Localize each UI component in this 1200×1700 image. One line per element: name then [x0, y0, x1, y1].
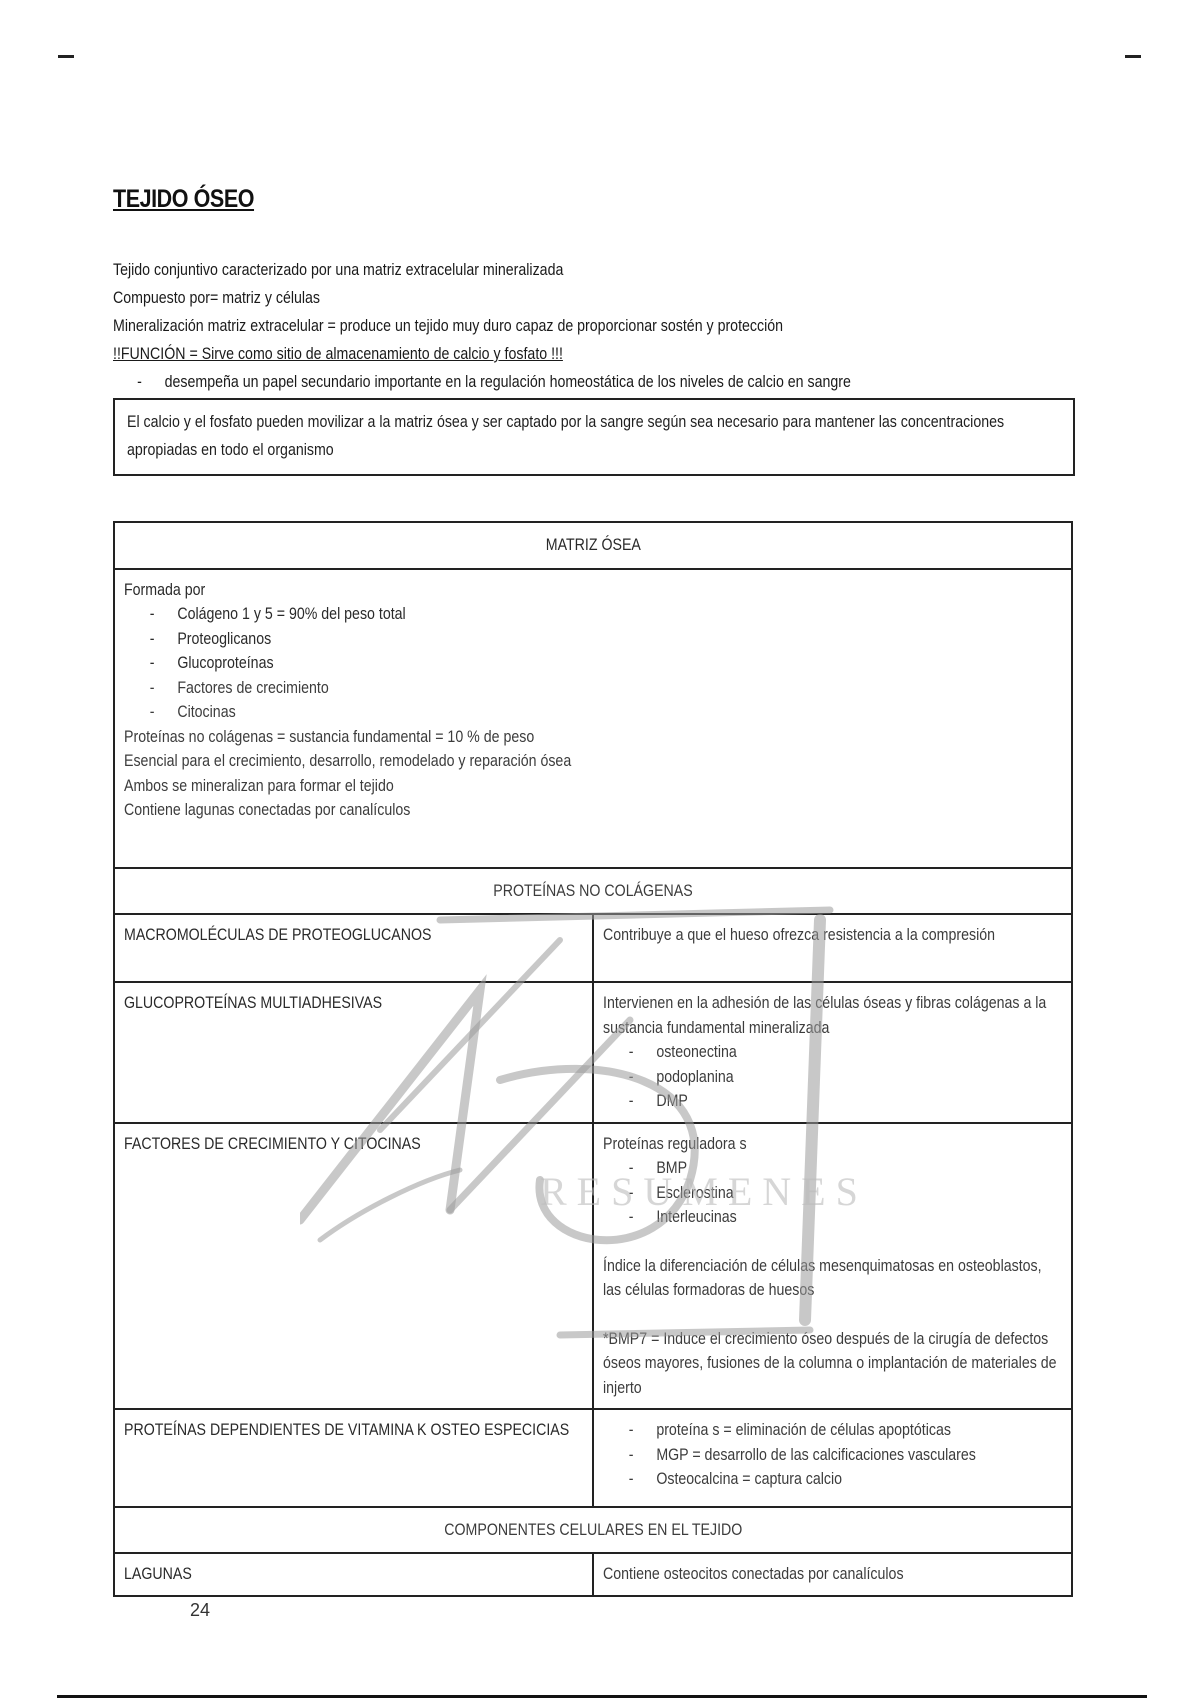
matriz-header: MATRIZ ÓSEA [114, 522, 1072, 569]
row-content: -proteína s = eliminación de células apo… [593, 1409, 1072, 1507]
crop-mark-left [58, 55, 74, 58]
row-text: Proteínas reguladora s [603, 1132, 1061, 1157]
table-row: LAGUNAS Contiene osteocitos conectadas p… [114, 1553, 1072, 1596]
row-content: Contiene osteocitos conectadas por canal… [593, 1553, 1072, 1596]
list-item: -MGP = desarrollo de las calcificaciones… [629, 1443, 1061, 1468]
list-item: -osteonectina [629, 1040, 1061, 1065]
row-label: FACTORES DE CRECIMIENTO Y CITOCINAS [114, 1123, 593, 1410]
row-items: -BMP -Esclerostina -Interleucinas [603, 1156, 1061, 1230]
matriz-intro: Formada por [124, 578, 1060, 603]
page-number: 24 [190, 1600, 210, 1621]
row-content: Intervienen en la adhesión de las célula… [593, 982, 1072, 1123]
bullet-dash: - [137, 368, 165, 396]
row-label: PROTEÍNAS DEPENDIENTES DE VITAMINA K OST… [114, 1409, 593, 1507]
callout-text: El calcio y el fosfato pueden movilizar … [127, 408, 1059, 464]
row-label: LAGUNAS [114, 1553, 593, 1596]
callout-box: El calcio y el fosfato pueden movilizar … [113, 398, 1075, 476]
row-text: Intervienen en la adhesión de las célula… [603, 991, 1061, 1040]
list-item: -Factores de crecimiento [150, 676, 1060, 701]
intro-line: Tejido conjuntivo caracterizado por una … [113, 256, 939, 284]
matriz-line: Ambos se mineralizan para formar el teji… [124, 774, 1060, 799]
row-content: Proteínas reguladora s -BMP -Esclerostin… [593, 1123, 1072, 1410]
list-item: -proteína s = eliminación de células apo… [629, 1418, 1061, 1443]
matriz-items: -Colágeno 1 y 5 = 90% del peso total -Pr… [124, 602, 1060, 725]
list-item: -Glucoproteínas [150, 651, 1060, 676]
table-row: GLUCOPROTEÍNAS MULTIADHESIVAS Interviene… [114, 982, 1072, 1123]
document-page: TEJIDO ÓSEO Tejido conjuntivo caracteriz… [113, 185, 1073, 1597]
row-note: *BMP7 = Induce el crecimiento óseo despu… [603, 1327, 1061, 1401]
matriz-line: Proteínas no colágenas = sustancia funda… [124, 725, 1060, 750]
matriz-header-text: MATRIZ ÓSEA [545, 533, 640, 558]
matriz-content: Formada por -Colágeno 1 y 5 = 90% del pe… [114, 569, 1072, 868]
matriz-line: Contiene lagunas conectadas por canalícu… [124, 798, 1060, 823]
list-item: -Osteocalcina = captura calcio [629, 1467, 1061, 1492]
list-item: -DMP [629, 1089, 1061, 1114]
proteinas-header-text: PROTEÍNAS NO COLÁGENAS [493, 879, 692, 904]
row-content: Contribuye a que el hueso ofrezca resist… [593, 914, 1072, 982]
proteinas-header: PROTEÍNAS NO COLÁGENAS [114, 868, 1072, 915]
table-row: FACTORES DE CRECIMIENTO Y CITOCINAS Prot… [114, 1123, 1072, 1410]
matriz-line: Esencial para el crecimiento, desarrollo… [124, 749, 1060, 774]
list-item: -podoplanina [629, 1065, 1061, 1090]
row-items: -proteína s = eliminación de células apo… [603, 1418, 1061, 1492]
list-item: -Citocinas [150, 700, 1060, 725]
list-item: -Proteoglicanos [150, 627, 1060, 652]
matriz-osea-table: MATRIZ ÓSEA Formada por -Colágeno 1 y 5 … [113, 521, 1073, 1597]
row-label: GLUCOPROTEÍNAS MULTIADHESIVAS [114, 982, 593, 1123]
page-title: TEJIDO ÓSEO [113, 185, 939, 214]
intro-line: Mineralización matriz extracelular = pro… [113, 312, 939, 340]
row-note: Índice la diferenciación de células mese… [603, 1254, 1061, 1303]
list-item: -Interleucinas [629, 1205, 1061, 1230]
table-row: MACROMOLÉCULAS DE PROTEOGLUCANOS Contrib… [114, 914, 1072, 982]
crop-mark-right [1125, 55, 1141, 58]
celulares-header-text: COMPONENTES CELULARES EN EL TEJIDO [444, 1518, 742, 1543]
celulares-header: COMPONENTES CELULARES EN EL TEJIDO [114, 1507, 1072, 1554]
bottom-rule [57, 1695, 1147, 1698]
function-line: !!FUNCIÓN = Sirve como sitio de almacena… [113, 340, 939, 368]
list-item: -BMP [629, 1156, 1061, 1181]
row-items: -osteonectina -podoplanina -DMP [603, 1040, 1061, 1114]
row-label: MACROMOLÉCULAS DE PROTEOGLUCANOS [114, 914, 593, 982]
list-item: -Colágeno 1 y 5 = 90% del peso total [150, 602, 1060, 627]
function-bullet-text: desempeña un papel secundario importante… [165, 368, 851, 396]
list-item: -Esclerostina [629, 1181, 1061, 1206]
table-row: PROTEÍNAS DEPENDIENTES DE VITAMINA K OST… [114, 1409, 1072, 1507]
intro-line: Compuesto por= matriz y células [113, 284, 939, 312]
function-bullet: - desempeña un papel secundario importan… [113, 368, 939, 396]
